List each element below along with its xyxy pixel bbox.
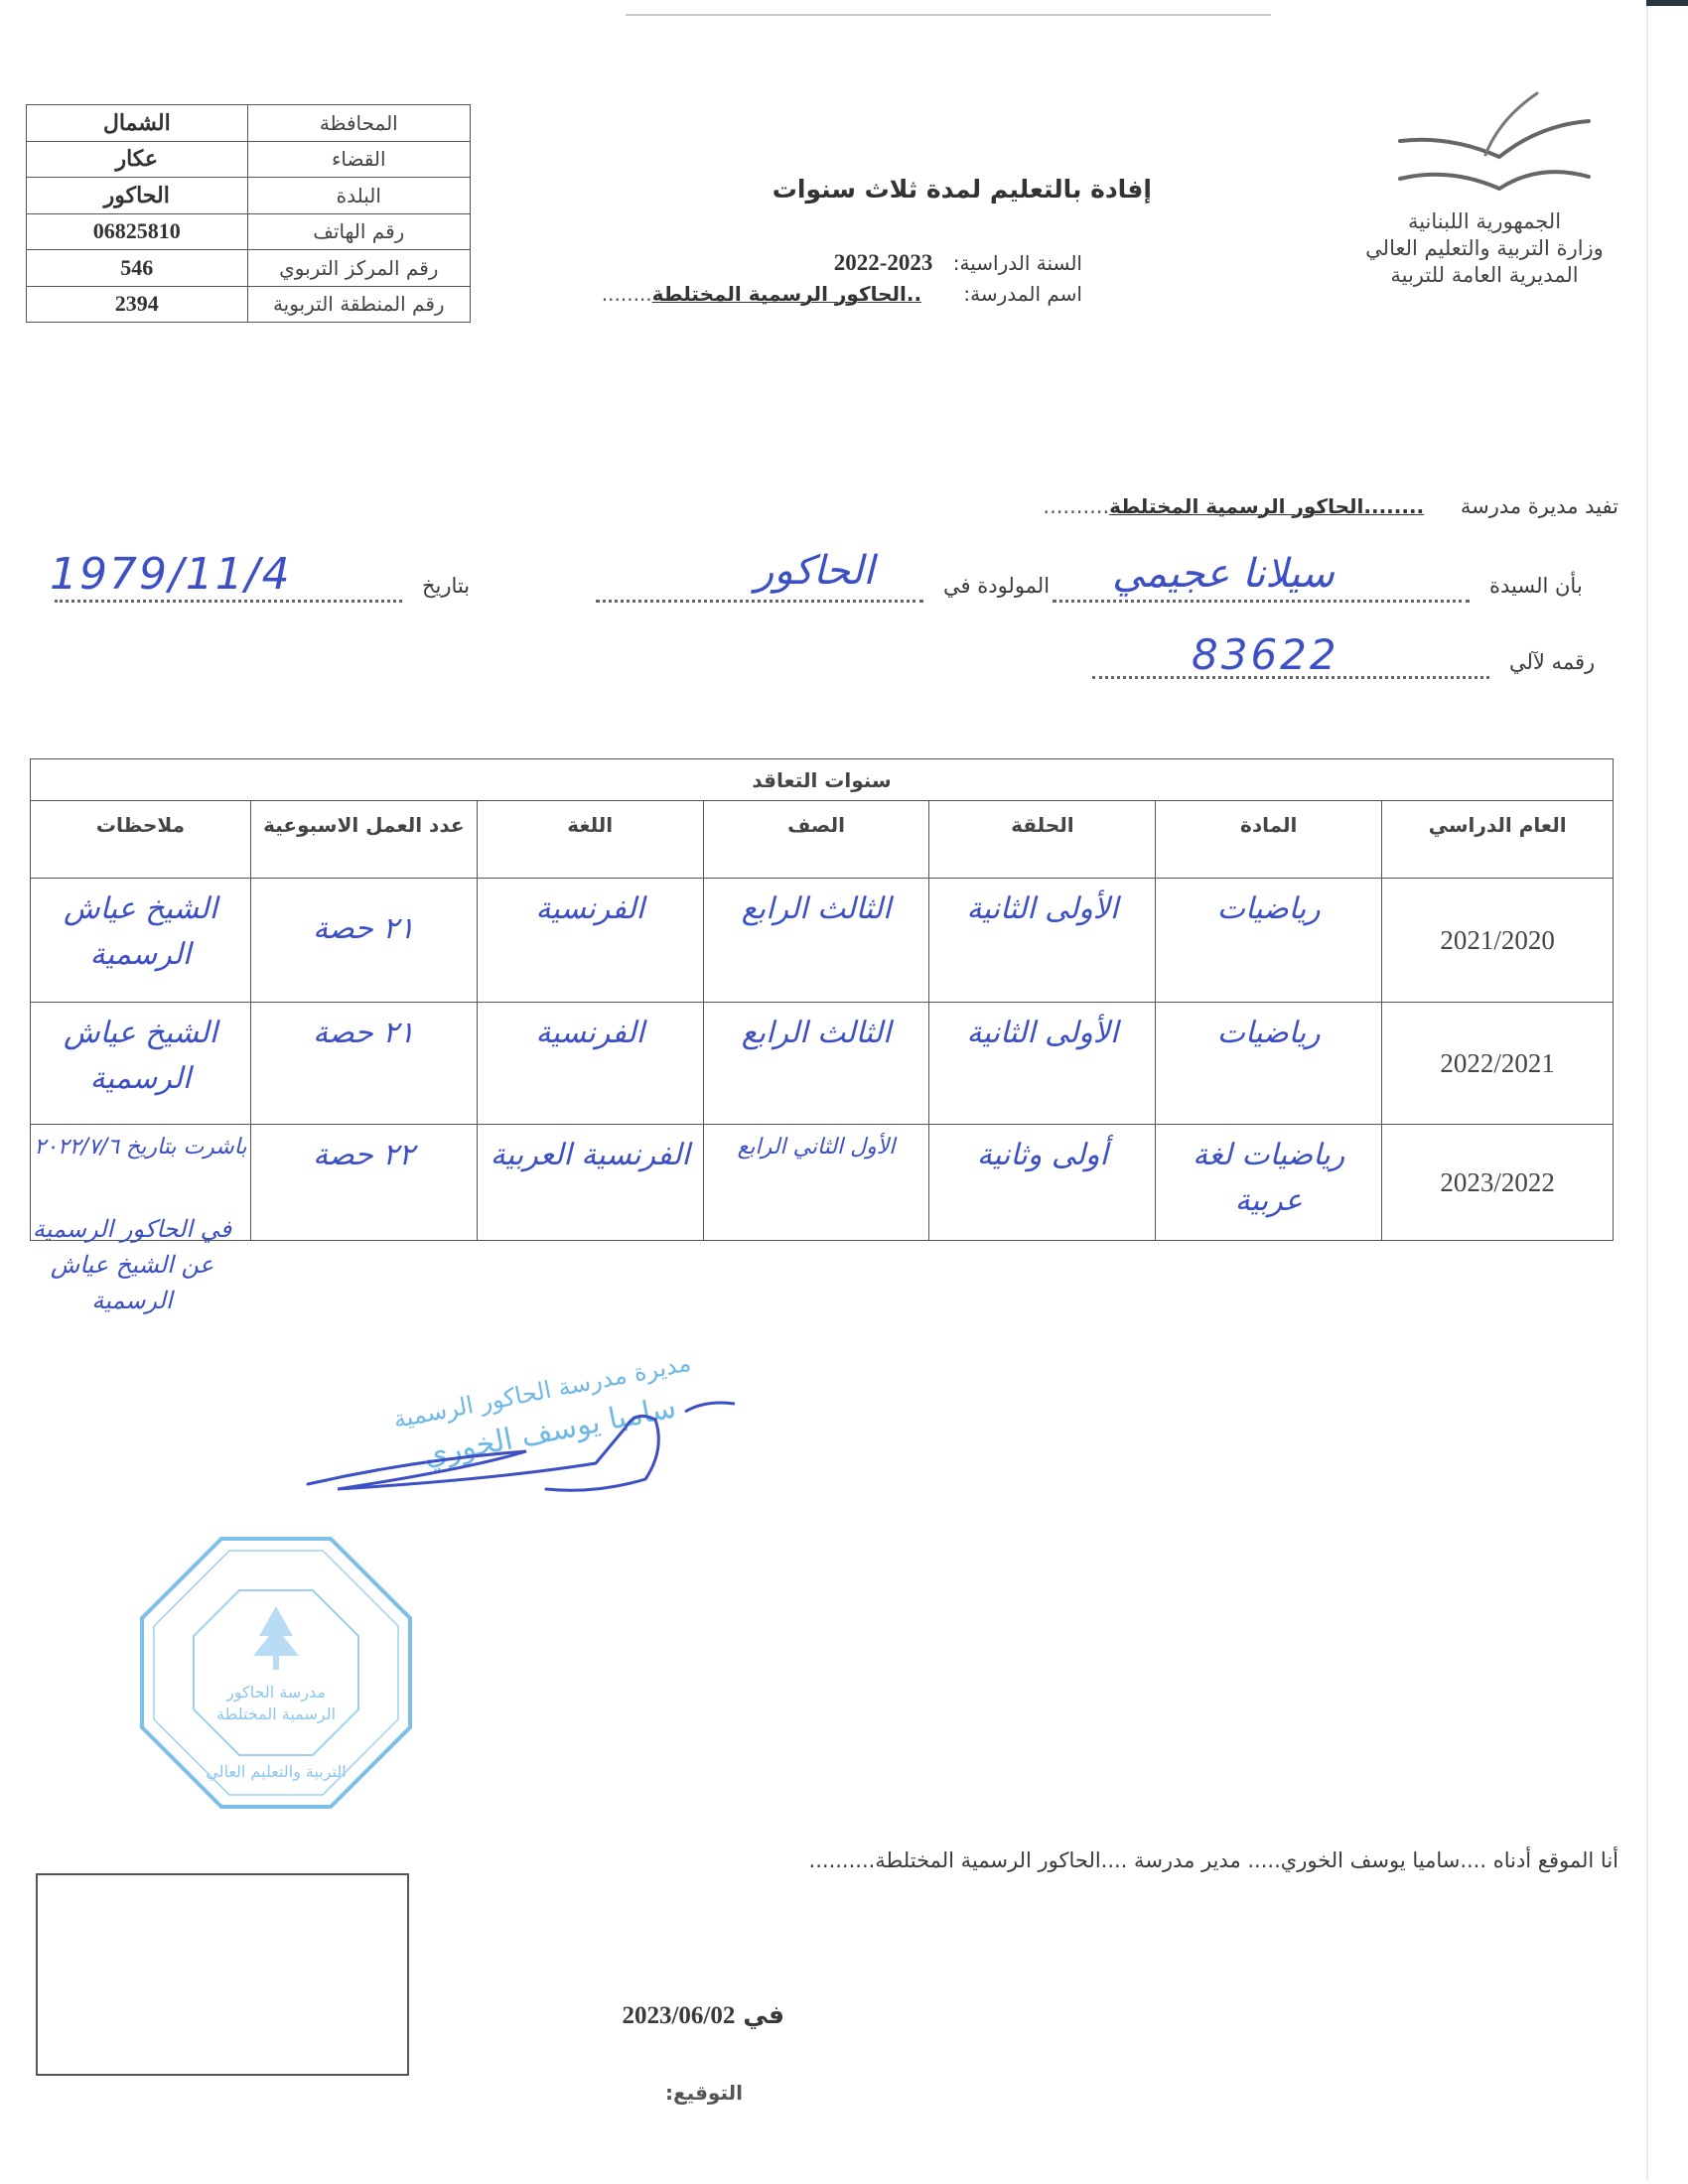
info-label: رقم المركز التربوي	[247, 250, 470, 287]
signature-label: التوقيع:	[665, 2081, 743, 2105]
table-group-header: سنوات التعاقد	[31, 759, 1614, 801]
info-label: رقم الهاتف	[247, 213, 470, 250]
info-value: الشمال	[27, 105, 248, 142]
info-row-phone: رقم الهاتف 06825810	[27, 213, 471, 250]
intro-line: تفيد مديرة مدرسة ........الحاكور الرسمية…	[953, 494, 1618, 518]
table-row: 2023/2022 رياضيات لغة عربية أولى وثانية …	[31, 1125, 1614, 1241]
cell-notes: الشيخ عياش الرسمية	[31, 879, 251, 1003]
svg-text:مدرسة الحاكور: مدرسة الحاكور	[225, 1683, 326, 1703]
info-label: القضاء	[247, 141, 470, 178]
table-row: 2022/2021 رياضيات الأولى الثانية الثالث …	[31, 1003, 1614, 1125]
ministry-header: الجمهورية اللبنانية وزارة التربية والتعل…	[1321, 208, 1648, 289]
cell-year: 2023/2022	[1382, 1125, 1614, 1241]
column-header-language: اللغة	[477, 801, 703, 879]
intro-school: ........الحاكور الرسمية المختلطة	[1109, 494, 1424, 518]
info-label: المحافظة	[247, 105, 470, 142]
info-row-governorate: المحافظة الشمال	[27, 105, 471, 142]
cell-notes: الشيخ عياش الرسمية	[31, 1003, 251, 1125]
info-row-town: البلدة الحاكور	[27, 178, 471, 214]
table-row: 2021/2020 رياضيات الأولى الثانية الثالث …	[31, 879, 1614, 1003]
registry-number-label: رقمه لآلي	[1509, 650, 1595, 674]
school-info-table: المحافظة الشمال القضاء عكار البلدة الحاك…	[26, 104, 471, 323]
column-header-grade: الصف	[703, 801, 929, 879]
cell-weekly-hours: ٢١ حصة	[250, 1003, 477, 1125]
scan-edge-border	[1646, 6, 1648, 2180]
school-name-dots: ........	[602, 282, 652, 306]
cell-grade: الأول الثاني الرابع	[703, 1125, 929, 1241]
info-value: 546	[27, 250, 248, 287]
school-name-label: اسم المدرسة:	[963, 282, 1082, 306]
info-value: 06825810	[27, 213, 248, 250]
cell-year: 2022/2021	[1382, 1003, 1614, 1125]
official-round-stamp-icon: مدرسة الحاكور الرسمية المختلطة التربية و…	[132, 1529, 420, 1817]
cell-cycle: أولى وثانية	[929, 1125, 1156, 1241]
academic-year-label: السنة الدراسية:	[953, 251, 1082, 275]
info-value: الحاكور	[27, 178, 248, 214]
info-row-region-number: رقم المنطقة التربوية 2394	[27, 286, 471, 323]
cell-cycle: الأولى الثانية	[929, 879, 1156, 1003]
intro-label: تفيد مديرة مدرسة	[1461, 494, 1618, 518]
registry-number-handwritten: 83622	[1192, 630, 1339, 679]
ministry-line-directorate: المديرية العامة للتربية	[1321, 262, 1648, 289]
birth-date-label: بتاريخ	[422, 574, 470, 598]
cell-grade: الثالث الرابع	[703, 879, 929, 1003]
document-title: إفادة بالتعليم لمدة ثلاث سنوات	[695, 175, 1152, 204]
ministry-logo-icon	[1390, 89, 1618, 199]
director-signature-icon	[298, 1390, 755, 1499]
born-place-handwritten: الحاكور	[755, 548, 874, 594]
academic-year-value: 2023-2022	[834, 250, 933, 275]
cell-language: الفرنسية	[477, 1003, 703, 1125]
svg-text:الرسمية المختلطة: الرسمية المختلطة	[216, 1705, 336, 1724]
info-label: البلدة	[247, 178, 470, 214]
cell-year: 2021/2020	[1382, 879, 1614, 1003]
person-label: بأن السيدة	[1489, 574, 1583, 598]
photo-box	[36, 1873, 409, 2076]
issue-date-value: 2023/06/02	[622, 2002, 735, 2029]
info-value: عكار	[27, 141, 248, 178]
cell-subject: رياضيات	[1156, 879, 1382, 1003]
issue-date-prefix: في	[743, 2000, 784, 2029]
ministry-line-republic: الجمهورية اللبنانية	[1321, 208, 1648, 235]
scan-edge-corner	[1646, 0, 1688, 6]
cell-language: الفرنسية العربية	[477, 1125, 703, 1241]
contract-years-table: سنوات التعاقد العام الدراسي المادة الحلق…	[30, 758, 1614, 1241]
column-header-subject: المادة	[1156, 801, 1382, 879]
school-name-value: ..الحاكور الرسمية المختلطة	[652, 282, 921, 306]
column-header-weekly-hours: عدد العمل الاسبوعية	[250, 801, 477, 879]
issue-date-row: في 2023/06/02	[586, 2000, 784, 2030]
intro-dots: ..........	[1043, 494, 1109, 518]
cell-cycle: الأولى الثانية	[929, 1003, 1156, 1125]
scan-edge-line	[626, 14, 1271, 16]
svg-text:التربية والتعليم العالي: التربية والتعليم العالي	[206, 1762, 347, 1782]
cell-language: الفرنسية	[477, 879, 703, 1003]
ministry-line-ministry: وزارة التربية والتعليم العالي	[1321, 235, 1648, 262]
info-value: 2394	[27, 286, 248, 323]
cell-weekly-hours: ٢٢ حصة	[250, 1125, 477, 1241]
person-name-handwritten: سيلانا عجيمي	[1112, 551, 1335, 597]
column-header-cycle: الحلقة	[929, 801, 1156, 879]
school-name-row: اسم المدرسة: ..الحاكور الرسمية المختلطة.…	[556, 282, 1082, 306]
info-label: رقم المنطقة التربوية	[247, 286, 470, 323]
academic-year-row: السنة الدراسية: 2023-2022	[735, 250, 1082, 276]
notes-overflow-handwritten: في الحاكور الرسمية عن الشيخ عياش الرسمية	[18, 1211, 246, 1318]
cell-grade: الثالث الرابع	[703, 1003, 929, 1125]
birth-date-handwritten: 1979/11/4	[50, 549, 292, 600]
cell-subject: رياضيات لغة عربية	[1156, 1125, 1382, 1241]
cell-weekly-hours: ٢١ حصة	[250, 879, 477, 1003]
column-header-notes: ملاحظات	[31, 801, 251, 879]
declaration-text: أنا الموقع أدناه ....ساميا يوسف الخوري..…	[586, 1842, 1618, 1879]
info-row-center-number: رقم المركز التربوي 546	[27, 250, 471, 287]
cell-subject: رياضيات	[1156, 1003, 1382, 1125]
born-label: المولودة في	[943, 574, 1050, 598]
info-row-district: القضاء عكار	[27, 141, 471, 178]
column-header-year: العام الدراسي	[1382, 801, 1614, 879]
